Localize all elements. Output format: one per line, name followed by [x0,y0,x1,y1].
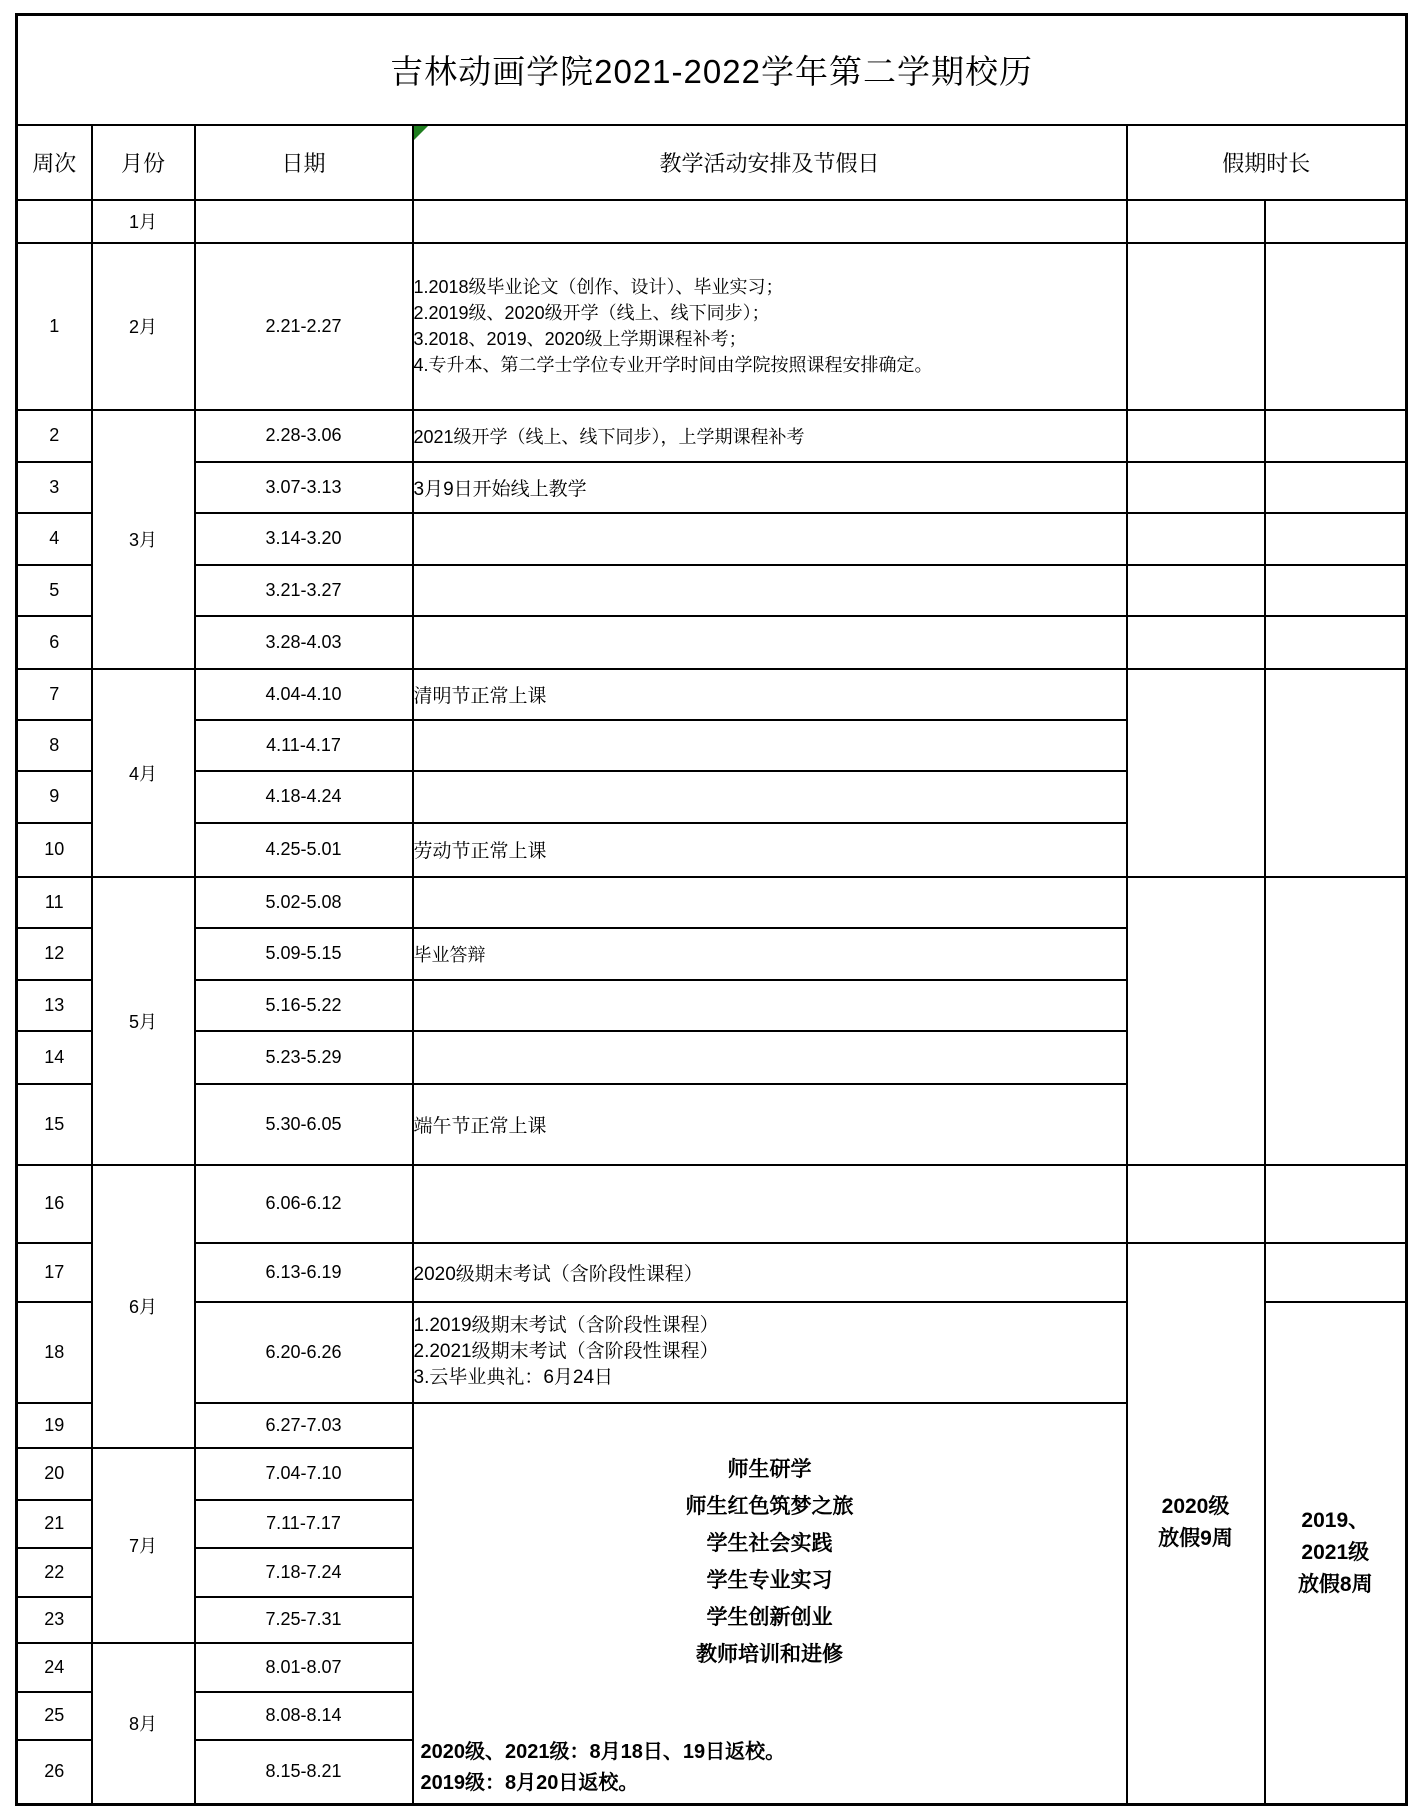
date-cell: 2.21-2.27 [195,243,413,410]
summer-activity-line: 学生创新创业 [414,1599,1126,1636]
holiday-cell-1 [1127,877,1265,1165]
date-cell: 5.02-5.08 [195,877,413,928]
week-cell: 22 [17,1548,92,1597]
week-cell: 5 [17,565,92,616]
school-calendar-table: 吉林动画学院2021-2022学年第二学期校历 周次 月份 日期 教学活动安排及… [15,13,1408,1806]
date-cell: 8.08-8.14 [195,1692,413,1740]
header-activity: 教学活动安排及节假日 [413,125,1127,200]
activity-line: 2.2019级、2020级开学（线上、线下同步）； [414,300,1126,326]
holiday-text-line: 2020级 [1128,1491,1264,1523]
holiday-cell-2 [1265,1243,1407,1302]
activity-cell: 毕业答辩 [413,928,1127,980]
activity-line: 4.专升本、第二学士学位专业开学时间由学院按照课程安排确定。 [414,352,1126,378]
month-cell: 3月 [92,410,195,669]
date-cell: 3.14-3.20 [195,513,413,565]
week-cell: 24 [17,1643,92,1692]
holiday-text-line: 2021级 [1266,1537,1406,1569]
activity-line: 3.云毕业典礼：6月24日 [414,1365,1126,1391]
week-cell: 2 [17,410,92,462]
week-cell: 21 [17,1500,92,1548]
activity-cell [413,200,1127,243]
summer-activity-line: 师生红色筑梦之旅 [414,1488,1126,1525]
table-row: 2 3月 2.28-3.06 2021级开学（线上、线下同步），上学期课程补考 [17,410,1407,462]
week-cell: 4 [17,513,92,565]
return-date-line: 2020级、2021级：8月18日、19日返校。 [421,1737,1126,1768]
table-row: 11 5月 5.02-5.08 [17,877,1407,928]
date-cell: 4.04-4.10 [195,669,413,720]
date-cell: 8.01-8.07 [195,1643,413,1692]
date-cell: 6.20-6.26 [195,1302,413,1403]
date-cell: 7.18-7.24 [195,1548,413,1597]
date-cell: 3.21-3.27 [195,565,413,616]
table-row: 1 2月 2.21-2.27 1.2018级毕业论文（创作、设计）、毕业实习； … [17,243,1407,410]
week-cell: 7 [17,669,92,720]
summer-activity-line: 学生社会实践 [414,1525,1126,1562]
activity-cell [413,720,1127,771]
month-cell: 4月 [92,669,195,877]
month-cell: 7月 [92,1448,195,1643]
week-cell: 26 [17,1740,92,1805]
week-cell: 9 [17,771,92,823]
date-cell: 7.11-7.17 [195,1500,413,1548]
week-cell: 13 [17,980,92,1031]
date-cell: 4.11-4.17 [195,720,413,771]
week-cell: 17 [17,1243,92,1302]
header-activity-label: 教学活动安排及节假日 [659,151,879,176]
date-cell: 7.04-7.10 [195,1448,413,1500]
activity-line: 2.2021级期末考试（含阶段性课程） [414,1339,1126,1365]
holiday-cell-1 [1127,243,1265,410]
activity-line: 1.2019级期末考试（含阶段性课程） [414,1313,1126,1339]
date-cell: 5.23-5.29 [195,1031,413,1084]
holiday-cell-1 [1127,462,1265,513]
header-month: 月份 [92,125,195,200]
title-row: 吉林动画学院2021-2022学年第二学期校历 [17,15,1407,125]
month-cell: 8月 [92,1643,195,1805]
holiday-cell-2 [1265,200,1407,243]
table-row: 4 3.14-3.20 [17,513,1407,565]
holiday-cell-1 [1127,616,1265,669]
date-cell: 5.30-6.05 [195,1084,413,1165]
week-cell: 23 [17,1597,92,1643]
table-row: 7 4月 4.04-4.10 清明节正常上课 [17,669,1407,720]
activity-cell [413,1165,1127,1243]
activity-cell: 端午节正常上课 [413,1084,1127,1165]
page-title: 吉林动画学院2021-2022学年第二学期校历 [17,15,1407,125]
week-cell: 1 [17,243,92,410]
activity-cell: 2021级开学（线上、线下同步），上学期课程补考 [413,410,1127,462]
summer-activities-cell: 师生研学 师生红色筑梦之旅 学生社会实践 学生专业实习 学生创新创业 教师培训和… [413,1403,1127,1805]
date-cell: 6.27-7.03 [195,1403,413,1448]
table-row: 3 3.07-3.13 3月9日开始线上教学 [17,462,1407,513]
activity-cell: 劳动节正常上课 [413,823,1127,877]
table-row: 1月 [17,200,1407,243]
week-cell: 25 [17,1692,92,1740]
activity-cell: 1.2018级毕业论文（创作、设计）、毕业实习； 2.2019级、2020级开学… [413,243,1127,410]
holiday-cell-2 [1265,1165,1407,1243]
activity-cell: 2020级期末考试（含阶段性课程） [413,1243,1127,1302]
return-date-line: 2019级：8月20日返校。 [421,1768,1126,1799]
activity-cell [413,513,1127,565]
activity-cell: 1.2019级期末考试（含阶段性课程） 2.2021级期末考试（含阶段性课程） … [413,1302,1127,1403]
activity-line: 1.2018级毕业论文（创作、设计）、毕业实习； [414,274,1126,300]
holiday-cell-2 [1265,616,1407,669]
holiday-cell-1 [1127,669,1265,877]
date-cell: 8.15-8.21 [195,1740,413,1805]
month-cell: 1月 [92,200,195,243]
week-cell: 8 [17,720,92,771]
holiday-cell-1 [1127,513,1265,565]
activity-cell [413,771,1127,823]
date-cell: 5.09-5.15 [195,928,413,980]
date-cell [195,200,413,243]
holiday-cell-2 [1265,410,1407,462]
activity-cell [413,616,1127,669]
summer-activity-line: 学生专业实习 [414,1562,1126,1599]
holiday-cell-1 [1127,200,1265,243]
activity-cell [413,1031,1127,1084]
date-cell: 3.28-4.03 [195,616,413,669]
summer-activity-line: 师生研学 [414,1451,1126,1488]
summer-activities-content: 师生研学 师生红色筑梦之旅 学生社会实践 学生专业实习 学生创新创业 教师培训和… [414,1405,1126,1801]
header-week: 周次 [17,125,92,200]
header-date: 日期 [195,125,413,200]
holiday-text-line: 放假8周 [1266,1569,1406,1601]
activity-cell: 3月9日开始线上教学 [413,462,1127,513]
date-cell: 7.25-7.31 [195,1597,413,1643]
date-cell: 6.13-6.19 [195,1243,413,1302]
date-cell: 5.16-5.22 [195,980,413,1031]
holiday-cell-1 [1127,1165,1265,1243]
date-cell: 6.06-6.12 [195,1165,413,1243]
month-cell: 6月 [92,1165,195,1448]
holiday-cell-2 [1265,669,1407,877]
holiday-cell-2 [1265,513,1407,565]
summer-center-block: 师生研学 师生红色筑梦之旅 学生社会实践 学生专业实习 学生创新创业 教师培训和… [414,1451,1126,1673]
holiday-cell-1 [1127,410,1265,462]
table-row: 16 6月 6.06-6.12 [17,1165,1407,1243]
date-cell: 2.28-3.06 [195,410,413,462]
activity-line: 3.2018、2019、2020级上学期课程补考； [414,326,1126,352]
week-cell: 6 [17,616,92,669]
week-cell: 11 [17,877,92,928]
week-cell: 14 [17,1031,92,1084]
summer-activity-line: 教师培训和进修 [414,1636,1126,1673]
week-cell: 3 [17,462,92,513]
date-cell: 4.25-5.01 [195,823,413,877]
holiday-cell-grade-2019-2021: 2019、 2021级 放假8周 [1265,1302,1407,1805]
week-cell: 20 [17,1448,92,1500]
header-row: 周次 月份 日期 教学活动安排及节假日 假期时长 [17,125,1407,200]
week-cell [17,200,92,243]
week-cell: 15 [17,1084,92,1165]
holiday-text-line: 放假9周 [1128,1523,1264,1555]
holiday-cell-2 [1265,243,1407,410]
holiday-text-line: 2019、 [1266,1505,1406,1537]
holiday-cell-1 [1127,565,1265,616]
header-holiday: 假期时长 [1127,125,1407,200]
holiday-cell-2 [1265,877,1407,1165]
month-cell: 5月 [92,877,195,1165]
unsynced-marker-icon [414,126,428,140]
week-cell: 18 [17,1302,92,1403]
month-cell: 2月 [92,243,195,410]
holiday-cell-2 [1265,565,1407,616]
week-cell: 12 [17,928,92,980]
activity-cell [413,980,1127,1031]
holiday-cell-grade-2020: 2020级 放假9周 [1127,1243,1265,1805]
table-row: 17 6.13-6.19 2020级期末考试（含阶段性课程） 2020级 放假9… [17,1243,1407,1302]
week-cell: 16 [17,1165,92,1243]
week-cell: 19 [17,1403,92,1448]
activity-cell: 清明节正常上课 [413,669,1127,720]
holiday-cell-2 [1265,462,1407,513]
date-cell: 3.07-3.13 [195,462,413,513]
date-cell: 4.18-4.24 [195,771,413,823]
activity-cell [413,877,1127,928]
return-dates-block: 2020级、2021级：8月18日、19日返校。 2019级：8月20日返校。 [414,1737,1126,1801]
table-row: 5 3.21-3.27 [17,565,1407,616]
activity-cell [413,565,1127,616]
week-cell: 10 [17,823,92,877]
table-row: 6 3.28-4.03 [17,616,1407,669]
